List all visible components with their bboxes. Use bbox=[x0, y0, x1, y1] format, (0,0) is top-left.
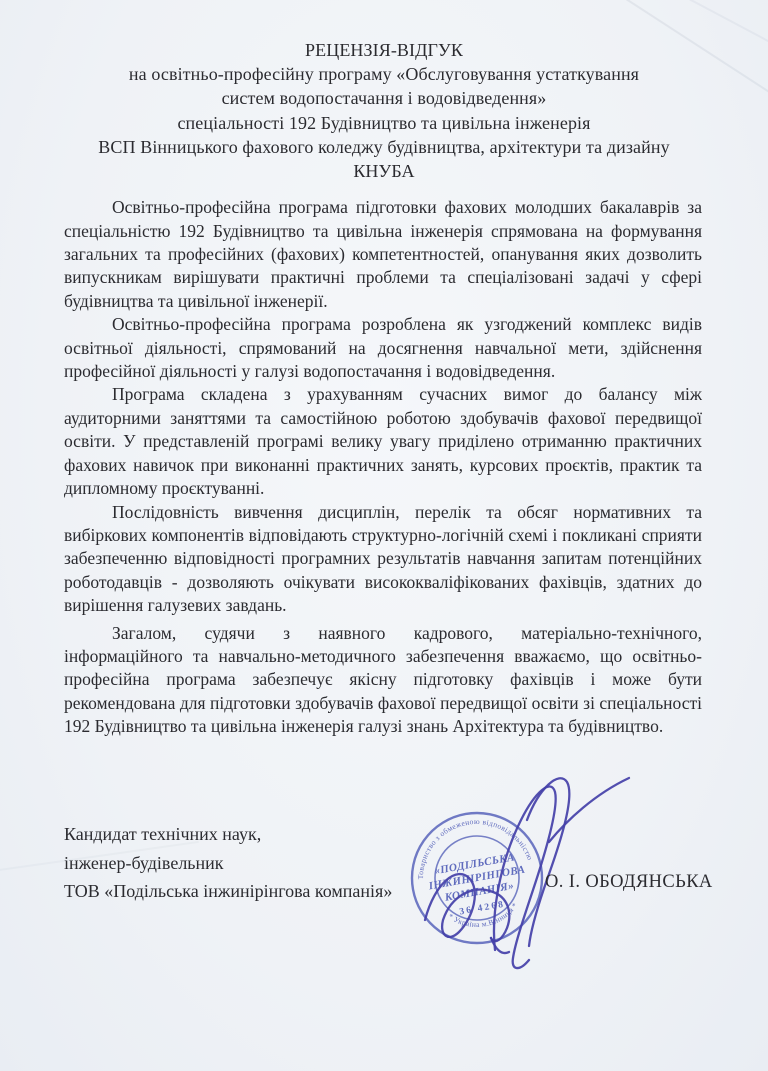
title-line: ВСП Вінницького фахового коледжу будівни… bbox=[0, 135, 768, 159]
title-line: на освітньо-професійну програму «Обслуго… bbox=[0, 62, 768, 86]
document-page: РЕЦЕНЗІЯ-ВІДГУК на освітньо-професійну п… bbox=[0, 0, 768, 1071]
signature-credentials-line: Кандидат технічних наук, bbox=[64, 820, 392, 849]
signature-block: Кандидат технічних наук, інженер-будівел… bbox=[64, 820, 392, 906]
title-line: систем водопостачання і водовідведення» bbox=[0, 86, 768, 110]
review-title: РЕЦЕНЗІЯ-ВІДГУК на освітньо-професійну п… bbox=[0, 0, 768, 183]
signature-credentials-line: інженер-будівельник bbox=[64, 849, 392, 878]
title-line: РЕЦЕНЗІЯ-ВІДГУК bbox=[0, 38, 768, 62]
body-paragraph: Послідовність вивчення дисциплін, перелі… bbox=[64, 501, 702, 618]
body-paragraph: Освітньо-професійна програма підготовки … bbox=[64, 196, 702, 313]
body-paragraph: Загалом, судячи з наявного кадрового, ма… bbox=[64, 622, 702, 739]
body-paragraph: Освітньо-професійна програма розроблена … bbox=[64, 313, 702, 383]
body-paragraph: Програма складена з урахуванням сучасних… bbox=[64, 383, 702, 500]
reviewer-name: О. І. ОБОДЯНСЬКА bbox=[545, 872, 713, 893]
company-line: ТОВ «Подільська інжинірінгова компанія» bbox=[64, 877, 392, 906]
title-line: КНУБА bbox=[0, 159, 768, 183]
review-body: Освітньо-професійна програма підготовки … bbox=[64, 196, 702, 738]
title-line: спеціальності 192 Будівництво та цивільн… bbox=[0, 111, 768, 135]
